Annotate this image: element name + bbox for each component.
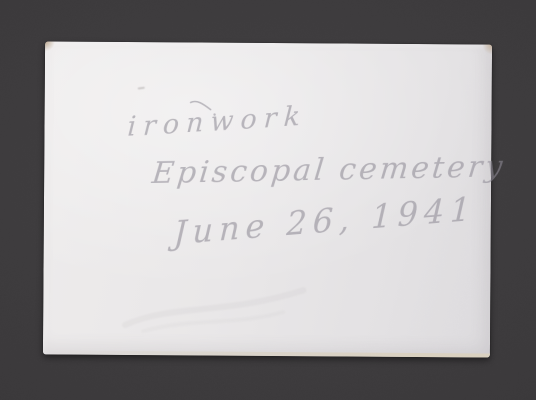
pencil-smudge xyxy=(113,267,353,339)
handwriting-line-subject: ironwork xyxy=(127,101,308,143)
corner-stain-top-right xyxy=(482,44,492,54)
handwriting-line-date: June 26, 1941 xyxy=(173,190,477,253)
photo-card-back: ironwork Episcopal cemetery June 26, 194… xyxy=(43,41,492,357)
scan-background: ironwork Episcopal cemetery June 26, 194… xyxy=(0,0,536,400)
corner-stain-top-left xyxy=(45,41,55,51)
handwriting-line-location: Episcopal cemetery xyxy=(150,149,507,191)
pencil-speck xyxy=(138,87,145,90)
